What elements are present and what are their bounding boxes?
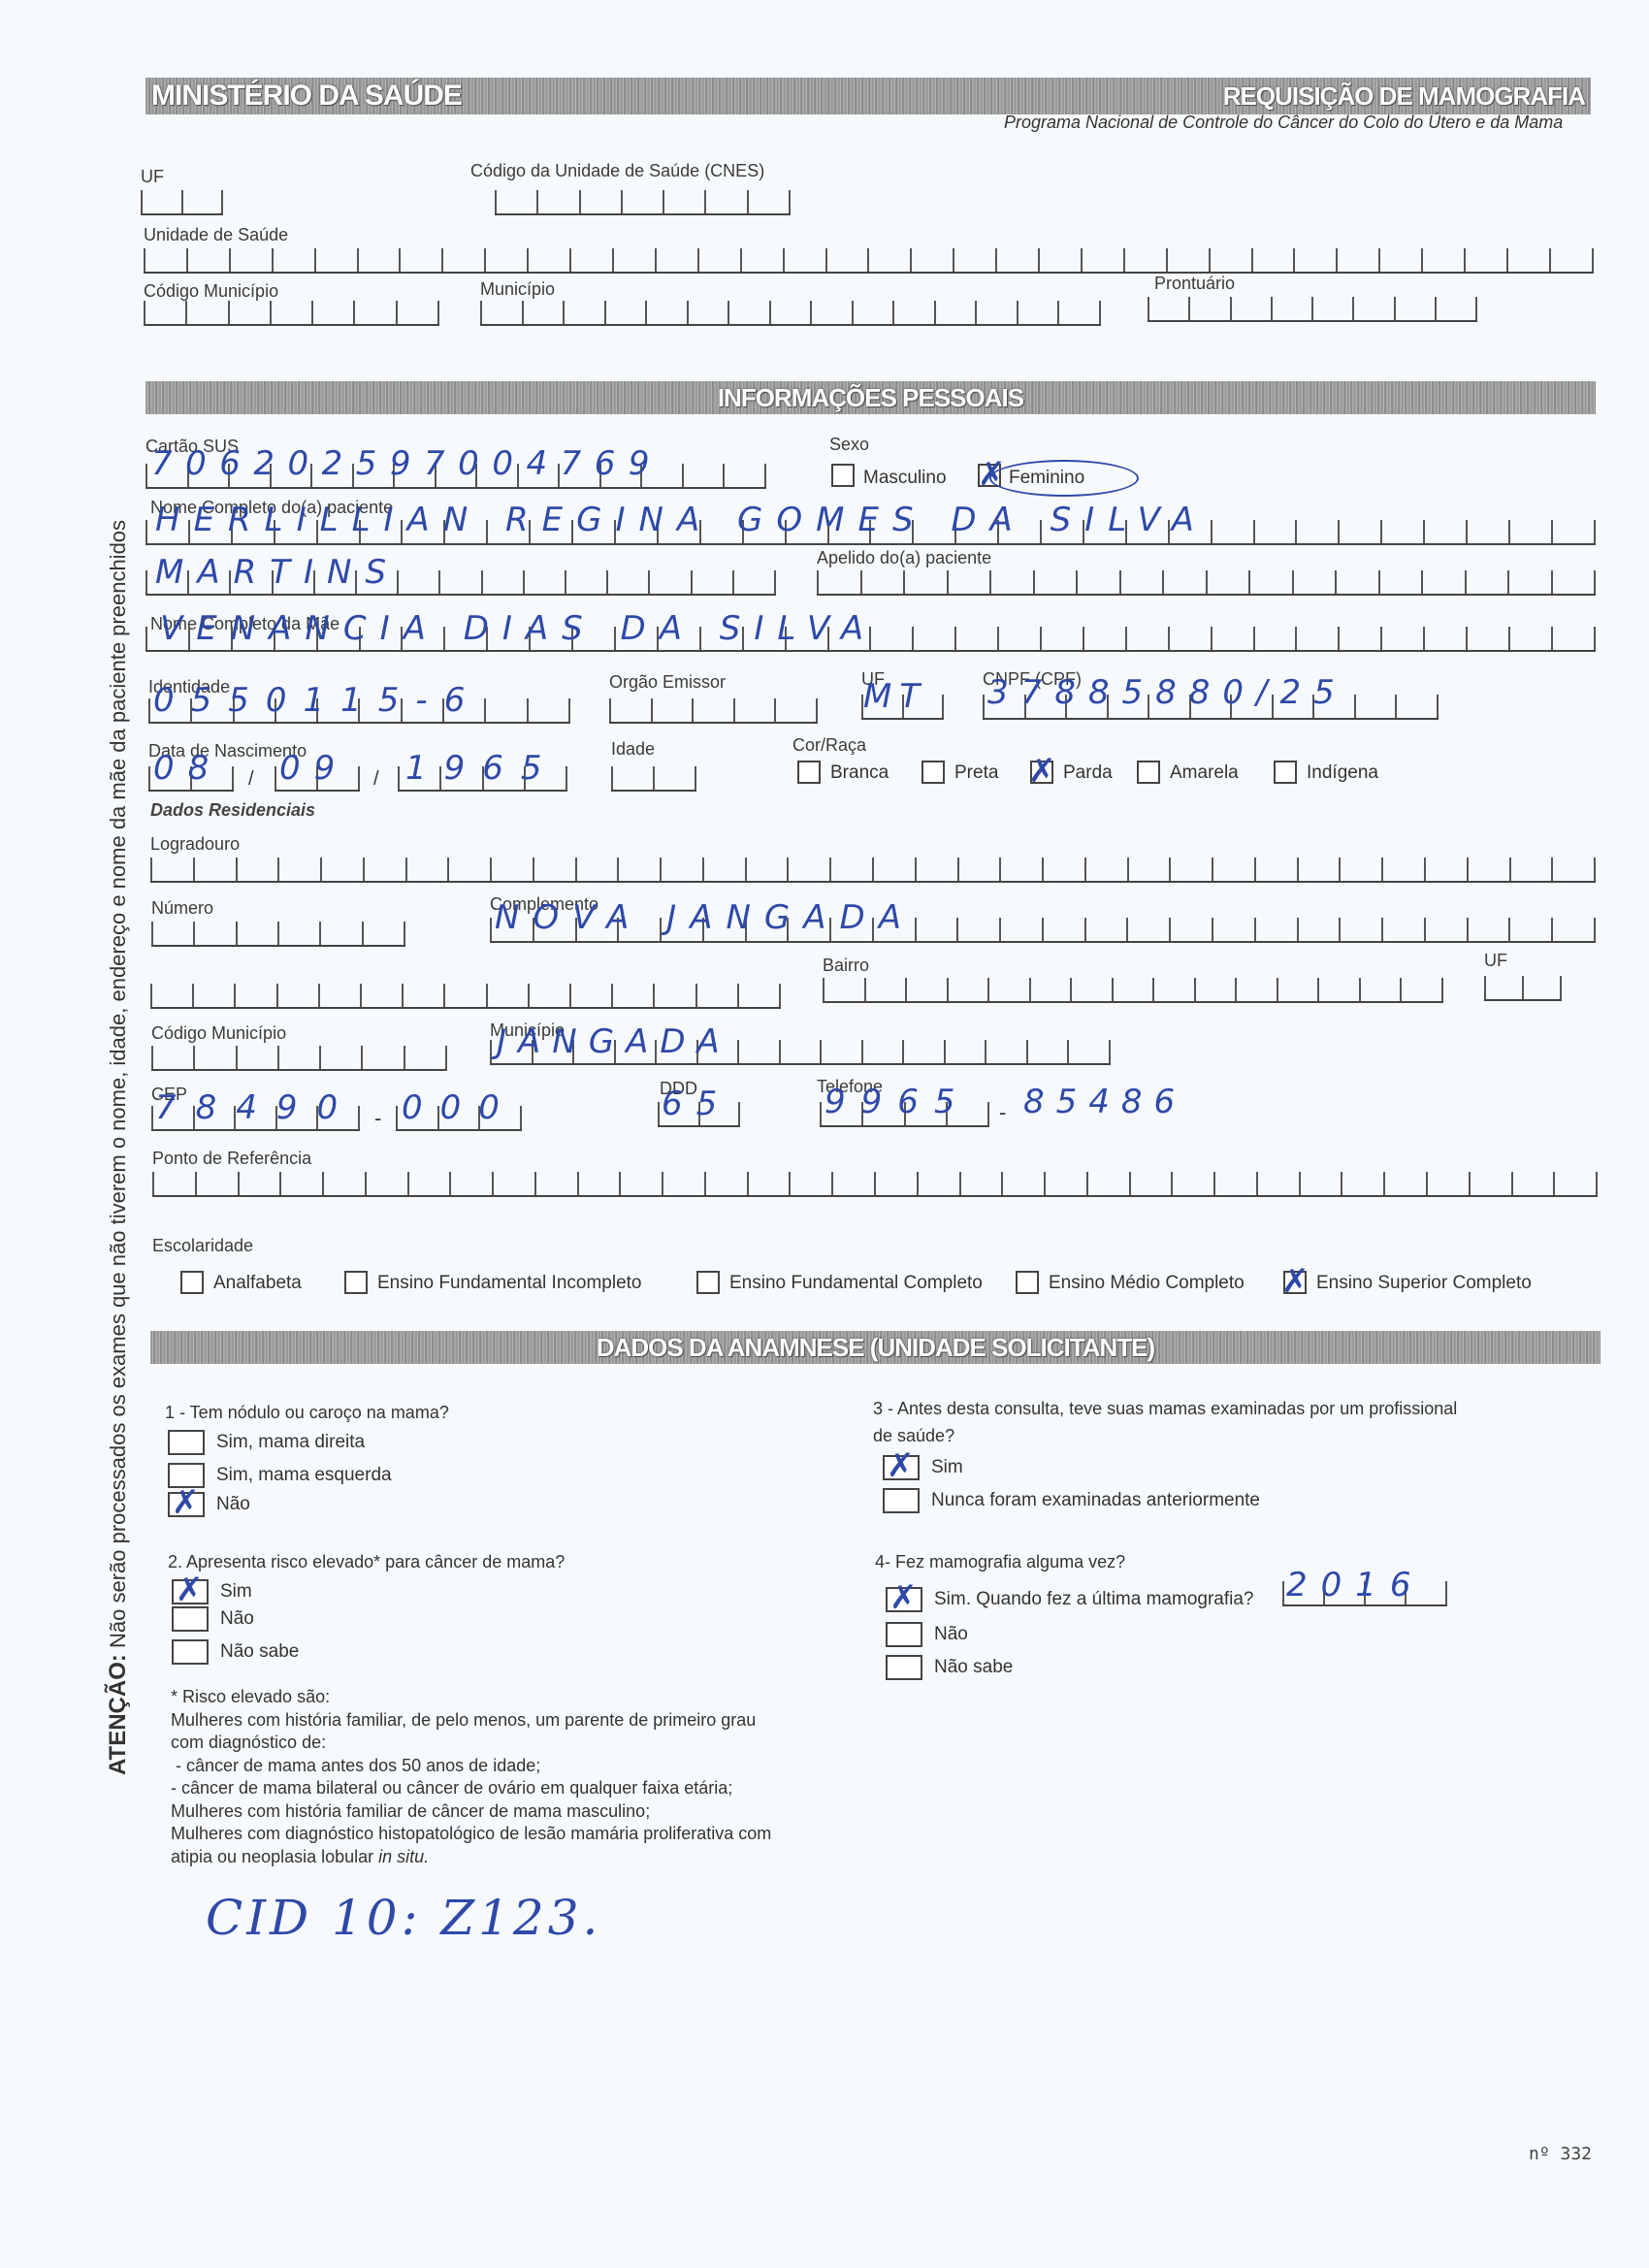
option-masculino: Masculino: [863, 468, 947, 489]
referencia-field[interactable]: [152, 1172, 1598, 1197]
checkbox-q2-1[interactable]: [172, 1606, 209, 1632]
risk-note-line: - câncer de mama antes dos 50 anos de id…: [171, 1755, 908, 1778]
orgao-emissor-label: Orgão Emissor: [609, 672, 726, 693]
program-subtitle: Programa Nacional de Controle do Câncer …: [1004, 113, 1563, 133]
uf-residence-label: UF: [1484, 951, 1507, 971]
unidade-label: Unidade de Saúde: [144, 225, 288, 245]
side-warning: ATENÇÃO: Não serão processados os exames…: [105, 520, 132, 1775]
option-label: Sim, mama esquerda: [216, 1465, 392, 1486]
form-number: nº 332: [1529, 2144, 1592, 2164]
cpf-value: 37885880/25: [987, 673, 1347, 712]
codigo-municipio-label: Código Município: [144, 281, 278, 302]
referencia-label: Ponto de Referência: [152, 1149, 311, 1169]
idade-label: Idade: [611, 739, 655, 760]
municipio-field[interactable]: [480, 301, 1101, 326]
check-mark-icon: ✗: [889, 1581, 918, 1614]
q2-question: 2. Apresenta risco elevado* para câncer …: [168, 1552, 565, 1572]
option-label: Sim: [931, 1457, 963, 1478]
logradouro-field[interactable]: [150, 858, 1596, 883]
logradouro-label: Logradouro: [150, 834, 240, 855]
numero-label: Número: [151, 898, 213, 919]
cep-value-part1: 78490: [155, 1088, 357, 1127]
checkbox-q1-0[interactable]: [168, 1430, 205, 1455]
prontuario-label: Prontuário: [1154, 274, 1235, 294]
option-label: Ensino Médio Completo: [1049, 1273, 1245, 1294]
bairro-label: Bairro: [823, 956, 869, 976]
sexo-label: Sexo: [829, 435, 869, 455]
checkbox-q3-1[interactable]: [883, 1488, 920, 1513]
handwritten-cid-note: CID 10: Z123.: [206, 1890, 601, 1946]
section-anamnese: DADOS DA ANAMNESE (UNIDADE SOLICITANTE): [150, 1331, 1600, 1364]
checkbox-q2-2[interactable]: [172, 1639, 209, 1665]
check-mark-icon: ✗: [172, 1486, 200, 1519]
cep-separator: -: [374, 1106, 381, 1131]
option-label: Ensino Superior Completo: [1316, 1273, 1532, 1294]
municipio-res-value: JANGADA: [497, 1022, 731, 1061]
q3-question: 3 - Antes desta consulta, teve suas mama…: [873, 1399, 1457, 1419]
option-label: Preta: [954, 762, 998, 784]
codigo-municipio-field[interactable]: [144, 301, 439, 326]
dados-residenciais-label: Dados Residenciais: [150, 800, 315, 821]
complemento-value: NOVA JANGADA: [495, 898, 915, 937]
risk-note-title: * Risco elevado são:: [171, 1686, 908, 1709]
option-label: Ensino Fundamental Completo: [729, 1273, 983, 1294]
apelido-label: Apelido do(a) paciente: [817, 548, 991, 568]
apelido-field[interactable]: [817, 570, 1596, 596]
nascimento-year-value: 1965: [405, 749, 560, 788]
cnes-label: Código da Unidade de Saúde (CNES): [470, 161, 764, 181]
option-label: Parda: [1063, 762, 1113, 784]
checkbox-escolaridade-3[interactable]: [1016, 1271, 1039, 1294]
section-personal: INFORMAÇÕES PESSOAIS: [145, 381, 1596, 414]
cor-label: Cor/Raça: [792, 735, 866, 756]
risk-note-line: com diagnóstico de:: [171, 1732, 908, 1755]
option-label: Não: [216, 1494, 250, 1515]
option-label: Indígena: [1307, 762, 1378, 784]
option-label: Não: [934, 1624, 968, 1645]
identidade-value: 0550115-6: [153, 681, 481, 720]
nascimento-day-value: 08: [153, 749, 222, 788]
nascimento-month-value: 09: [279, 749, 348, 788]
nome-value: HERLILLIAN REGINA GOMES DA SILVA: [155, 501, 1208, 539]
date-separator: /: [248, 768, 254, 791]
ddd-value: 65: [662, 1085, 730, 1123]
cep-value-part2: 000: [402, 1088, 517, 1127]
section-anamnese-title: DADOS DA ANAMNESE (UNIDADE SOLICITANTE): [597, 1333, 1154, 1363]
checkbox-q4-2[interactable]: [886, 1655, 922, 1680]
check-mark-icon: ✗: [1281, 1265, 1309, 1298]
risk-note-line: Mulheres com diagnóstico histopatológico…: [171, 1823, 908, 1846]
telefone-value-part1: 9965: [824, 1083, 971, 1121]
prontuario-field[interactable]: [1148, 297, 1477, 322]
ministry-title: MINISTÉRIO DA SAÚDE: [151, 80, 462, 113]
option-label: Branca: [830, 762, 889, 784]
uf-residence-field[interactable]: [1484, 976, 1562, 1001]
option-label: Analfabeta: [213, 1273, 302, 1294]
checkbox-escolaridade-1[interactable]: [344, 1271, 368, 1294]
check-mark-icon: ✗: [176, 1573, 204, 1606]
circle-mark-icon: [989, 460, 1139, 497]
checkbox-q4-1[interactable]: [886, 1622, 922, 1647]
risk-note-line: - câncer de mama bilateral ou câncer de …: [171, 1777, 908, 1800]
checkbox-escolaridade-2[interactable]: [696, 1271, 720, 1294]
mae-value: VENANCIA DIAS DA SILVA: [160, 609, 877, 648]
option-label: Amarela: [1170, 762, 1239, 784]
q3-question-line2: de saúde?: [873, 1426, 954, 1446]
nome-value-line2: MARTINS: [155, 553, 400, 592]
risk-note-line: Mulheres com história familiar, de pelo …: [171, 1709, 908, 1733]
checkbox-masculino[interactable]: [831, 464, 855, 487]
checkbox-cor-4[interactable]: [1274, 761, 1297, 784]
cartao-sus-value: 706202597004769: [151, 444, 663, 483]
q1-question: 1 - Tem nódulo ou caroço na mama?: [165, 1403, 449, 1423]
option-label: Não sabe: [934, 1657, 1013, 1678]
checkbox-cor-1[interactable]: [921, 761, 945, 784]
checkbox-cor-0[interactable]: [797, 761, 821, 784]
risk-note-line: Mulheres com história familiar de câncer…: [171, 1800, 908, 1824]
checkbox-cor-3[interactable]: [1137, 761, 1160, 784]
form-title: REQUISIÇÃO DE MAMOGRAFIA: [1223, 81, 1585, 112]
option-label: Sim. Quando fez a última mamografia?: [934, 1589, 1254, 1610]
uf-label: UF: [141, 167, 164, 187]
bairro-field[interactable]: [823, 978, 1443, 1003]
cnes-field[interactable]: [495, 190, 791, 215]
option-label: Nunca foram examinadas anteriormente: [931, 1490, 1260, 1511]
municipio-label: Município: [480, 279, 555, 300]
unidade-field[interactable]: [144, 248, 1594, 274]
idade-field[interactable]: [611, 766, 696, 792]
header-bar: MINISTÉRIO DA SAÚDE REQUISIÇÃO DE MAMOGR…: [145, 78, 1591, 114]
codigo-municipio-res-label: Código Município: [151, 1023, 286, 1044]
option-label: Ensino Fundamental Incompleto: [377, 1273, 642, 1294]
escolaridade-label: Escolaridade: [152, 1236, 253, 1256]
check-mark-icon: ✗: [1028, 755, 1056, 788]
option-label: Não: [220, 1608, 254, 1630]
option-label: Sim: [220, 1581, 252, 1603]
q4-question: 4- Fez mamografia alguma vez?: [875, 1552, 1125, 1572]
uf-field[interactable]: [141, 190, 223, 215]
check-mark-icon: ✗: [887, 1449, 915, 1482]
last-mammography-year: 2016: [1286, 1566, 1425, 1604]
section-personal-title: INFORMAÇÕES PESSOAIS: [718, 383, 1023, 413]
date-separator: /: [373, 768, 379, 791]
numero-field[interactable]: [151, 922, 405, 947]
telefone-value-part2: 85486: [1023, 1083, 1186, 1121]
telefone-separator: -: [999, 1100, 1006, 1125]
option-label: Não sabe: [220, 1641, 299, 1663]
codigo-municipio-res-field[interactable]: [151, 1046, 447, 1071]
endereco-field-extra[interactable]: [150, 984, 781, 1009]
risk-note-last-line: atipia ou neoplasia lobular in situ.: [171, 1846, 908, 1869]
orgao-emissor-field[interactable]: [609, 698, 818, 724]
option-label: Sim, mama direita: [216, 1432, 365, 1453]
checkbox-escolaridade-0[interactable]: [180, 1271, 204, 1294]
uf-personal-value: MT: [863, 677, 927, 716]
risk-note: * Risco elevado são: Mulheres com histór…: [171, 1686, 908, 1868]
